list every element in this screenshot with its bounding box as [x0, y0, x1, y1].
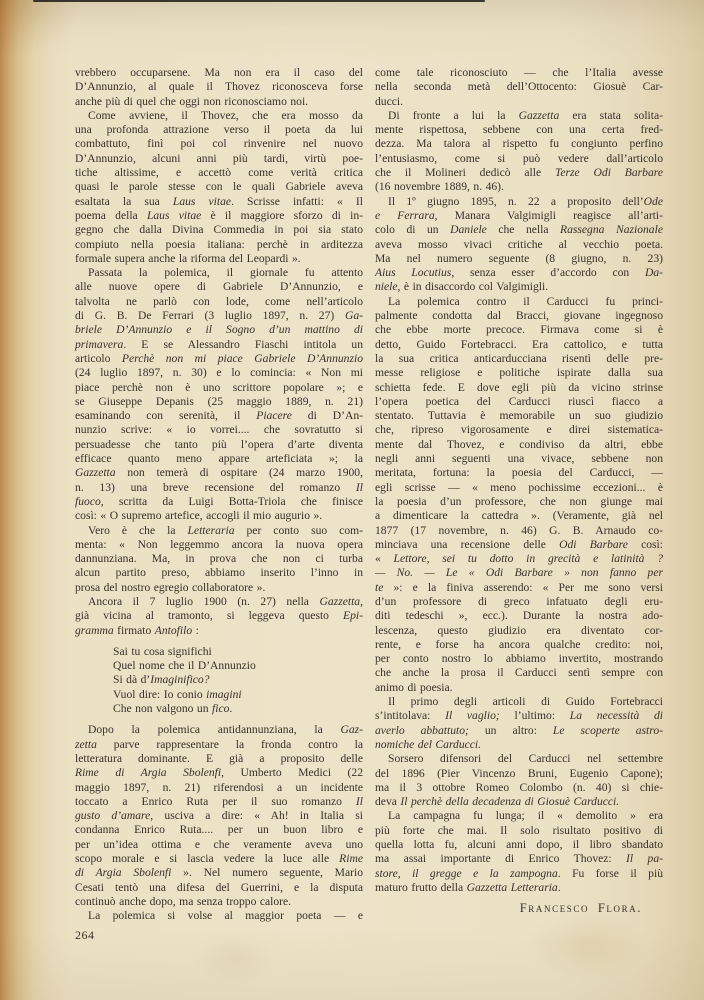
text-line: esaminando con serenità, il Piacere di D…: [75, 409, 363, 423]
verse-line: Vuol dire: Io conio imagini: [113, 688, 363, 702]
text-line: Gazzetta non temerà di ospitare (24 marz…: [75, 466, 363, 480]
text-line: una profonda attrazione verso il poeta d…: [75, 123, 363, 137]
text-line: quella lotta fu, alcuni anni dopo, il li…: [375, 838, 663, 852]
text-line: scopo morale e si lascia vedere la luce …: [75, 852, 363, 866]
text-line: persuadesse che tanto più l’opera d’arte…: [75, 438, 363, 452]
text-line: l’opera poetica del Carducci riuscì fiac…: [375, 395, 663, 409]
text-line: del 1896 (Pier Vincenzo Bruni, Eugenio C…: [375, 767, 663, 781]
text-line: (24 luglio 1897, n. 30) e lo comincia: «…: [75, 366, 363, 380]
text-line: mente dal Thovez, e condiviso da altri, …: [375, 438, 663, 452]
text-line: 1877 (17 novembre, n. 46) G. B. Arnaudo …: [375, 524, 663, 538]
text-line: negli anni seguenti una vivace, sebbene …: [375, 452, 663, 466]
text-line: Di fronte a lui la Gazzetta era stata so…: [375, 109, 663, 123]
verse-line: Che non valgono un fico.: [113, 702, 363, 716]
text-line: menta: « Non leggemmo ancora la nuova op…: [75, 538, 363, 552]
text-line: La campagna fu lunga; il « demolito » er…: [375, 809, 663, 823]
text-line: n. 13) una breve recensione del romanzo …: [75, 481, 363, 495]
text-line: D’Annunzio, alcuni anni più tardi, virtù…: [75, 152, 363, 166]
text-line: poema della Laus vitae è il maggiore sfo…: [75, 209, 363, 223]
text-line: La polemica contro il Carducci fu princi…: [375, 295, 663, 309]
text-line: dannunziana. Ma, in prova che non ci tur…: [75, 552, 363, 566]
text-line: (16 novembre 1889, n. 46).: [375, 180, 663, 194]
text-line: la poesia d’un professore, che non giung…: [375, 495, 663, 509]
text-line: prosa del nostro egregio collaboratore »…: [75, 581, 363, 595]
text-line: continuò anche dopo, ma senza troppo cal…: [75, 895, 363, 909]
text-line: schietta fede. E dove egli più da vicino…: [375, 381, 663, 395]
text-line: nomiche del Carducci.: [375, 738, 663, 752]
text-line: Dopo la polemica antidannunziana, la Gaz…: [75, 723, 363, 737]
page-number: 264: [75, 928, 95, 943]
text-line: niele, è in disaccordo col Valgimigli.: [375, 280, 663, 294]
text-line: combattuto, finì poi col rinvenire nel n…: [75, 137, 363, 151]
text-line: maturo frutto della Gazzetta Letteraria.: [375, 881, 663, 895]
text-line: dezza. Ma talora al rispetto fu congiunt…: [375, 137, 663, 151]
text-line: la sua critica anticarducciana risentì d…: [375, 352, 663, 366]
text-line: averlo abbattuto; un altro: Le scoperte …: [375, 724, 663, 738]
column-left: vrebbero occuparsene. Ma non era il caso…: [75, 66, 363, 924]
two-column-layout: vrebbero occuparsene. Ma non era il caso…: [75, 66, 663, 924]
text-line: Come avviene, il Thovez, che era mosso d…: [75, 109, 363, 123]
text-line: Vero è che la Letteraria per conto suo c…: [75, 524, 363, 538]
text-line: fuoco, scritta da Luigi Botta-Triola che…: [75, 495, 363, 509]
text-line: piace perchè non è uno scrittore popolar…: [75, 381, 363, 395]
text-line: Ma nel numero seguente (8 giugno, n. 23): [375, 252, 663, 266]
text-line: alle nuove opere di Gabriele D’Annunzio,…: [75, 280, 363, 294]
text-line: store, il gregge e la zampogna. Fu forse…: [375, 867, 663, 881]
text-line: che ebbe morte precoce. Firmava come si …: [375, 323, 663, 337]
text-line: quasi le parole stesse con le quali Gabr…: [75, 180, 363, 194]
text-line: esaltata la sua Laus vitae. Scrisse infa…: [75, 195, 363, 209]
text-line: toccato a Enrico Ruta per il suo romanzo…: [75, 795, 363, 809]
text-line: vrebbero occuparsene. Ma non era il caso…: [75, 66, 363, 80]
text-line: aveva mosso vivaci critiche al vecchio p…: [375, 238, 663, 252]
text-line: come tale riconosciuto — che l’Italia av…: [375, 66, 663, 80]
text-line: deva Il perchè della decadenza di Giosuè…: [375, 795, 663, 809]
text-block: vrebbero occuparsene. Ma non era il caso…: [75, 66, 663, 924]
text-line: D’Annunzio, al quale il Thovez riconosce…: [75, 80, 363, 94]
text-line: che, ripreso vigorosamente e direi siste…: [375, 423, 663, 437]
text-line: Passata la polemica, il giornale fu atte…: [75, 266, 363, 280]
text-line: letteratura dominante. E già a proposito…: [75, 752, 363, 766]
scanned-page: vrebbero occuparsene. Ma non era il caso…: [0, 0, 704, 1000]
text-line: ma il 3 ottobre Romeo Colombo (n. 40) si…: [375, 781, 663, 795]
text-line: briele D’Annunzio e il Sogno d’un mattin…: [75, 323, 363, 337]
text-line: egli scrisse — « meno pochissime eccezio…: [375, 481, 663, 495]
text-line: rente, e forse ha ancora qualche credito…: [375, 638, 663, 652]
text-line: più forte che mai. Il solo risultato pos…: [375, 824, 663, 838]
text-line: Il primo degli articoli di Guido Fortebr…: [375, 695, 663, 709]
text-line: alcun partito preso, abbiamo inserito l’…: [75, 566, 363, 580]
text-line: gegno che dalla Divina Commedia in poi s…: [75, 223, 363, 237]
text-line: detto, Guido Fortebracci. Era cattolico,…: [375, 338, 663, 352]
text-line: d’un professore di greco infatuato degli…: [375, 595, 663, 609]
text-line: talvolta ne parlò con lode, come nell’ar…: [75, 295, 363, 309]
verse-line: Si dà d’Imaginifico?: [113, 673, 363, 687]
text-line: a dimenticare la cattedra ». (Veramente,…: [375, 509, 663, 523]
text-line: l’entusiasmo, come si può vedere dall’ar…: [375, 152, 663, 166]
text-line: articolo Perchè non mi piace Gabriele D’…: [75, 352, 363, 366]
text-line: così: « O supremo artefice, accogli il m…: [75, 509, 363, 523]
text-line: nella seconda metà dell’Ottocento: Giosu…: [375, 80, 663, 94]
text-line: Rime di Argia Sbolenfi, Umberto Medici (…: [75, 766, 363, 780]
text-line: meritata, fortuna: la poesia del Carducc…: [375, 466, 663, 480]
text-line: minciava una recensione delle Odi Barbar…: [375, 538, 663, 552]
text-line: Sorsero difensori del Carducci nel sette…: [375, 752, 663, 766]
text-line: di Argia Sbolenfi ». Nel numero seguente…: [75, 866, 363, 880]
text-line: per conto nostro lo abbiamo invertito, m…: [375, 652, 663, 666]
text-line: maggio 1897, n. 21) riferendosi a un inc…: [75, 781, 363, 795]
author-signature: Francesco Flora.: [520, 901, 642, 916]
text-line: tiche altissime, e accettò come verità c…: [75, 166, 363, 180]
text-line: Il 1º giugno 1895, n. 22 a proposito del…: [375, 195, 663, 209]
text-line: di G. B. De Ferrari (3 luglio 1897, n. 2…: [75, 309, 363, 323]
text-line: messe religiose e politiche ispirate dal…: [375, 366, 663, 380]
verse-line: Quel nome che il D’Annunzio: [113, 659, 363, 673]
text-line: s’intitolava: Il vaglio; l’ultimo: La ne…: [375, 709, 663, 723]
text-line: primavera. E se Alessandro Fiaschi intit…: [75, 338, 363, 352]
column-right: come tale riconosciuto — che l’Italia av…: [375, 66, 663, 924]
text-line: zetta parve rappresentare la fronda cont…: [75, 738, 363, 752]
text-line: lescenza, questo giudizio era diventato …: [375, 624, 663, 638]
text-line: palmente condotta dal Bracci, giovane in…: [375, 309, 663, 323]
text-line: formale supera anche la riforma del Leop…: [75, 252, 363, 266]
text-line: Aius Locutius, senza esser d’accordo con…: [375, 266, 663, 280]
text-line: gramma firmato Antofilo :: [75, 624, 363, 638]
verse-line: Sai tu cosa significhi: [113, 645, 363, 659]
text-line: che il Molineri dedicò alle Terze Odi Ba…: [375, 166, 663, 180]
text-line: animo di poesia.: [375, 681, 663, 695]
text-line: « Lettore, sei tu dotto in grecità e lat…: [375, 552, 663, 566]
text-line: — No. — Le « Odi Barbare » non fanno per: [375, 566, 663, 580]
text-line: compiuto nella poesia italiana: perchè i…: [75, 238, 363, 252]
scan-edge-artifact: [33, 0, 485, 2]
text-line: te »: e la finiva asserendo: « Per me so…: [375, 581, 663, 595]
text-line: stentato. Tuttavia è memorabile un suo g…: [375, 409, 663, 423]
text-line: ma assai importante di Enrico Thovez: Il…: [375, 852, 663, 866]
text-line: che anche la prosa il Carducci sentì sem…: [375, 666, 663, 680]
text-line: gusto d’amare, usciva a dire: « Ah! in I…: [75, 809, 363, 823]
text-line: colo di un Daniele che nella Rassegna Na…: [375, 223, 663, 237]
text-line: ducci.: [375, 95, 663, 109]
text-line: condanna Enrico Ruta.... per un buon lib…: [75, 823, 363, 837]
text-line: mente rispettosa, sebbene con una certa …: [375, 123, 663, 137]
text-line: efficace quanto meno appare arteficiata …: [75, 452, 363, 466]
text-line: La polemica si volse al maggior poeta — …: [75, 909, 363, 923]
text-line: Ancora il 7 luglio 1900 (n. 27) nella Ga…: [75, 595, 363, 609]
text-line: e Ferrara, Manara Valgimigli reagisce al…: [375, 209, 663, 223]
text-line: per un’idea ottima e che veramente aveva…: [75, 838, 363, 852]
text-line: diti tedeschi », ecc.). Durante la nostr…: [375, 609, 663, 623]
text-line: nunzio scrive: « io vorrei.... che sovra…: [75, 423, 363, 437]
text-line: se Giuseppe Depanis (25 maggio 1889, n. …: [75, 395, 363, 409]
text-line: già vicina al tramonto, si leggeva quest…: [75, 609, 363, 623]
text-line: anche più di quel che oggi non riconosci…: [75, 95, 363, 109]
text-line: Cesati tentò una difesa del Guerrini, e …: [75, 881, 363, 895]
